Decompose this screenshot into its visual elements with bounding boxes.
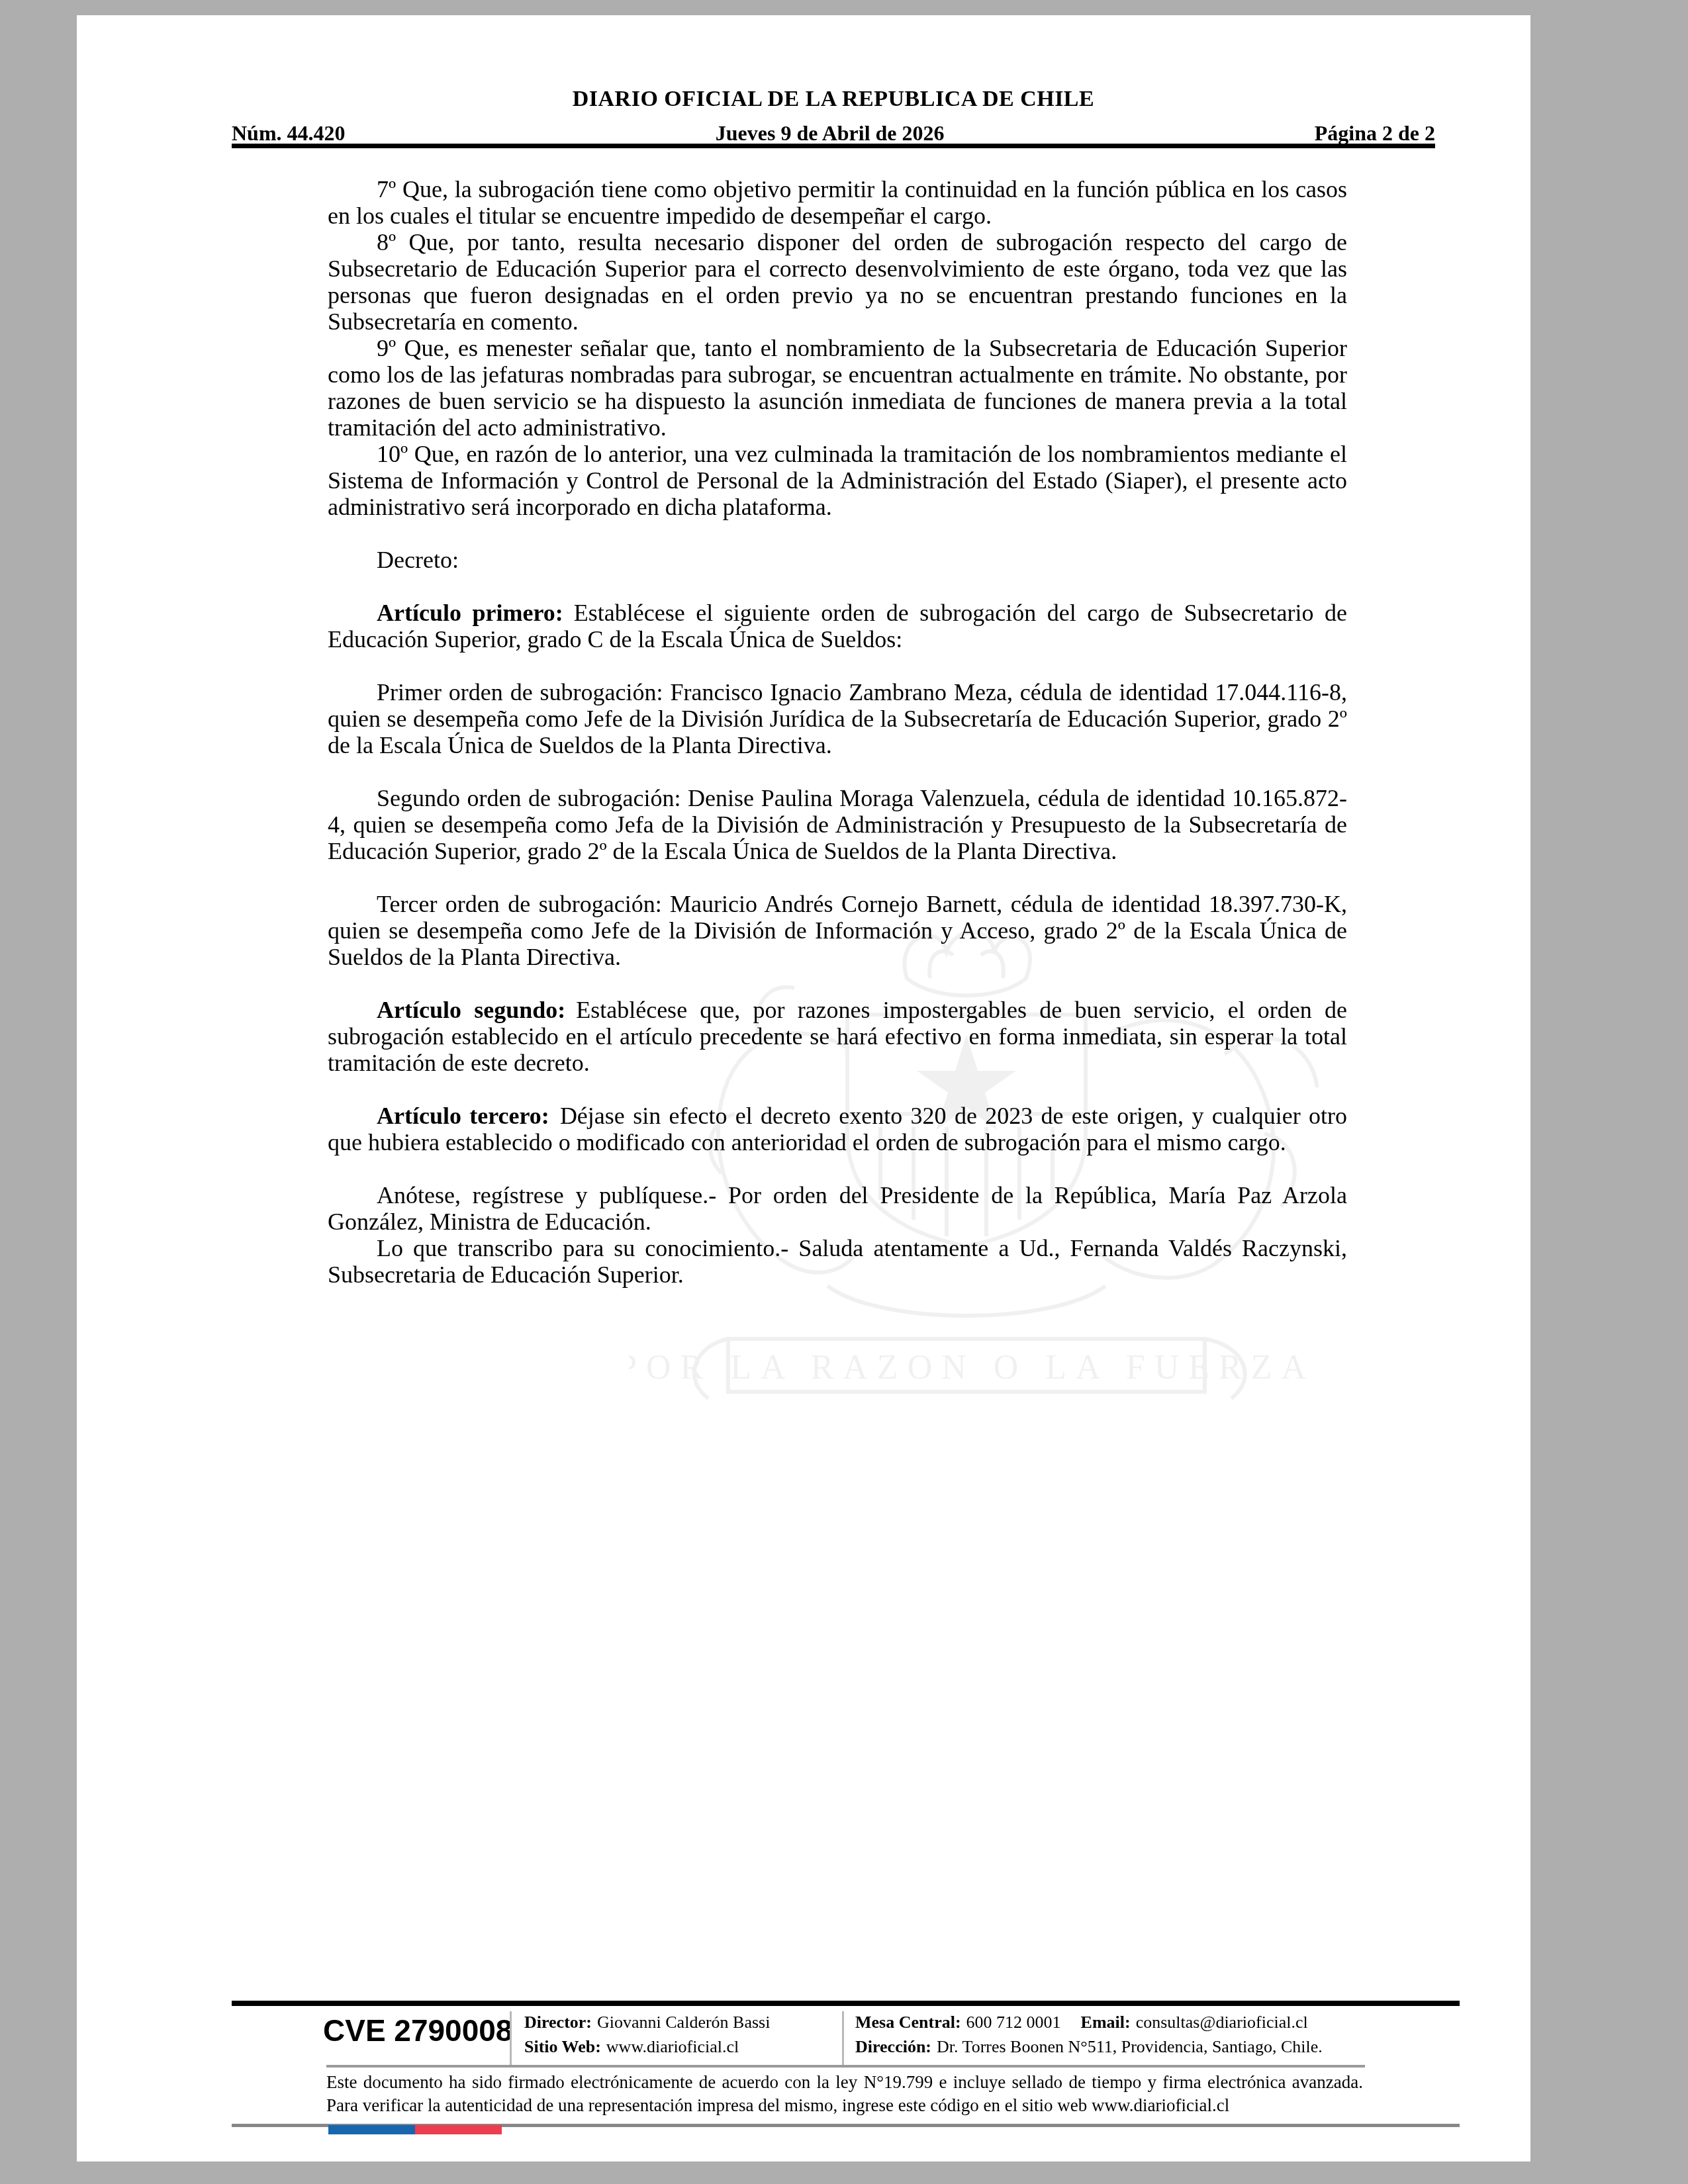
paragraph-primer-orden: Primer orden de subrogación: Francisco I…	[328, 679, 1347, 758]
paragraph-lead: Artículo tercero:	[377, 1103, 560, 1129]
header-meta-row: Núm. 44.420 Jueves 9 de Abril de 2026 Pá…	[232, 121, 1435, 146]
address-value: Dr. Torres Boonen N°511, Providencia, Sa…	[937, 2037, 1323, 2056]
footer-rule	[232, 2001, 1460, 2006]
page-indicator: Página 2 de 2	[1315, 121, 1435, 146]
paragraph-articulo-tercero: Artículo tercero:Déjase sin efecto el de…	[328, 1103, 1347, 1156]
screenshot-root: { "header": { "title": "DIARIO OFICIAL D…	[0, 0, 1688, 2184]
footer-divider-2	[842, 2011, 844, 2067]
issue-date: Jueves 9 de Abril de 2026	[716, 121, 945, 146]
website-label: Sitio Web:	[524, 2037, 601, 2056]
director-label: Director:	[524, 2013, 592, 2032]
gazette-title: DIARIO OFICIAL DE LA REPUBLICA DE CHILE	[232, 87, 1435, 112]
paragraph-articulo-segundo: Artículo segundo:Establécese que, por ra…	[328, 997, 1347, 1076]
document-page: DIARIO OFICIAL DE LA REPUBLICA DE CHILE …	[77, 15, 1530, 2161]
website-value: www.diarioficial.cl	[606, 2037, 739, 2056]
signature-disclaimer: Este documento ha sido firmado electróni…	[326, 2071, 1363, 2117]
footer-contact-block: Mesa Central:600 712 0001Email:consultas…	[855, 2010, 1323, 2059]
paragraph-considerando-7: 7º Que, la subrogación tiene como objeti…	[328, 176, 1347, 229]
watermark-motto: POR LA RAZON O LA FUERZA	[629, 1349, 1315, 1387]
footer-director-block: Director:Giovanni Calderón Bassi Sitio W…	[524, 2010, 770, 2059]
flag-red-half	[415, 2125, 502, 2134]
paragraph-lead: Artículo primero:	[377, 600, 574, 626]
paragraph-considerando-10: 10º Que, en razón de lo anterior, una ve…	[328, 441, 1347, 520]
disclaimer-top-rule	[326, 2065, 1365, 2068]
footer-divider-1	[510, 2011, 512, 2067]
address-line: Dirección:Dr. Torres Boonen N°511, Provi…	[855, 2034, 1323, 2059]
phone-email-line: Mesa Central:600 712 0001Email:consultas…	[855, 2010, 1323, 2034]
mesa-central-label: Mesa Central:	[855, 2013, 961, 2032]
paragraph-tercer-orden: Tercer orden de subrogación: Mauricio An…	[328, 891, 1347, 970]
paragraph-anotese: Anótese, regístrese y publíquese.- Por o…	[328, 1182, 1347, 1235]
mesa-central-value: 600 712 0001	[966, 2013, 1061, 2032]
paragraph-lead: Artículo segundo:	[377, 997, 576, 1023]
paragraph-decreto: Decreto:	[328, 547, 1347, 573]
website-line: Sitio Web:www.diarioficial.cl	[524, 2034, 770, 2059]
paragraph-considerando-9: 9º Que, es menester señalar que, tanto e…	[328, 335, 1347, 441]
paragraph-considerando-8: 8º Que, por tanto, resulta necesario dis…	[328, 229, 1347, 335]
director-value: Giovanni Calderón Bassi	[597, 2013, 770, 2032]
address-label: Dirección:	[855, 2037, 931, 2056]
flag-blue-half	[328, 2125, 415, 2134]
paragraph-articulo-primero: Artículo primero:Establécese el siguient…	[328, 600, 1347, 653]
email-label: Email:	[1081, 2013, 1131, 2032]
chile-flag-icon	[328, 2125, 502, 2134]
email-value: consultas@diarioficial.cl	[1136, 2013, 1308, 2032]
header-rule	[232, 144, 1435, 148]
paragraph-segundo-orden: Segundo orden de subrogación: Denise Pau…	[328, 785, 1347, 864]
decree-text: 7º Que, la subrogación tiene como objeti…	[328, 176, 1347, 1288]
issue-number: Núm. 44.420	[232, 121, 346, 146]
paragraph-transcribo: Lo que transcribo para su conocimiento.-…	[328, 1235, 1347, 1288]
director-line: Director:Giovanni Calderón Bassi	[524, 2010, 770, 2034]
cve-code: CVE 2790008	[323, 2013, 515, 2048]
